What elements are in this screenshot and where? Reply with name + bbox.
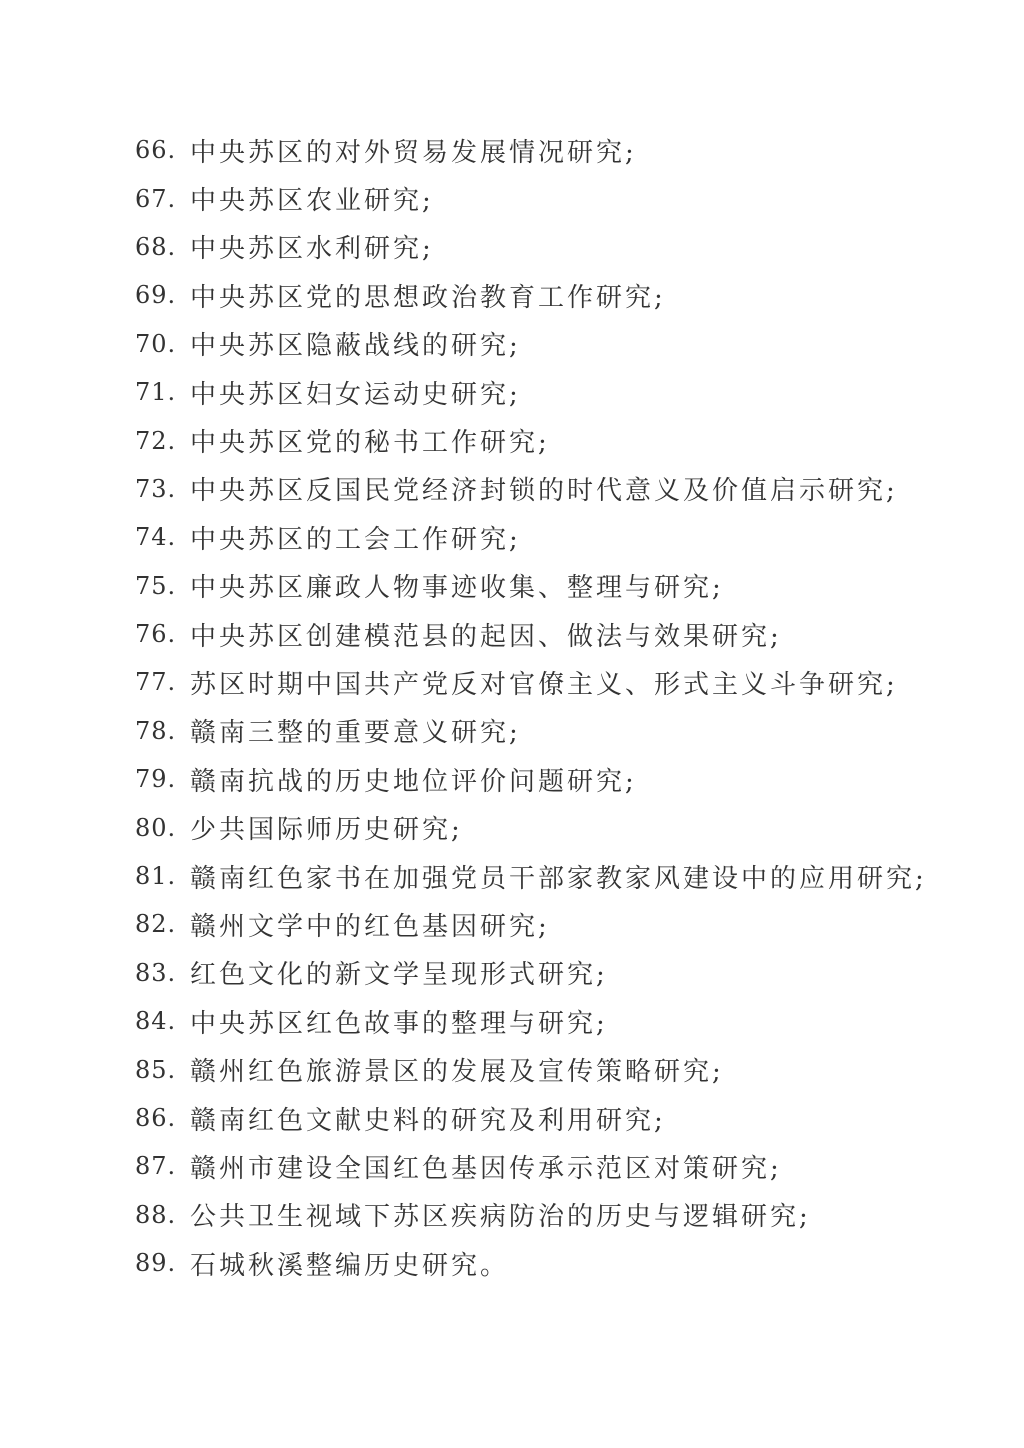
item-text: 中央苏区反国民党经济封锁的时代意义及价值启示研究;	[190, 470, 898, 507]
item-number: 75.	[135, 572, 190, 600]
list-item: 78. 赣南三整的重要意义研究;	[135, 707, 984, 755]
list-item: 68. 中央苏区水利研究;	[135, 223, 984, 271]
item-text: 赣南抗战的历史地位评价问题研究;	[190, 761, 637, 798]
item-text: 中央苏区水利研究;	[190, 228, 434, 265]
list-item: 88. 公共卫生视域下苏区疾病防治的历史与逻辑研究;	[135, 1191, 984, 1239]
list-item: 84. 中央苏区红色故事的整理与研究;	[135, 997, 984, 1045]
item-text: 中央苏区农业研究;	[190, 180, 434, 217]
item-number: 66.	[135, 136, 190, 164]
item-number: 87.	[135, 1152, 190, 1180]
item-number: 84.	[135, 1007, 190, 1035]
item-text: 中央苏区党的秘书工作研究;	[190, 422, 550, 459]
item-text: 赣南红色家书在加强党员干部家教家风建设中的应用研究;	[190, 858, 927, 895]
topic-list: 66. 中央苏区的对外贸易发展情况研究; 67. 中央苏区农业研究; 68. 中…	[0, 0, 1024, 1287]
item-number: 67.	[135, 185, 190, 213]
list-item: 67. 中央苏区农业研究;	[135, 174, 984, 222]
item-number: 82.	[135, 910, 190, 938]
item-number: 85.	[135, 1056, 190, 1084]
item-number: 71.	[135, 378, 190, 406]
item-text: 中央苏区党的思想政治教育工作研究;	[190, 277, 666, 314]
list-item: 82. 赣州文学中的红色基因研究;	[135, 900, 984, 948]
item-number: 81.	[135, 862, 190, 890]
item-text: 石城秋溪整编历史研究。	[190, 1245, 509, 1282]
list-item: 77. 苏区时期中国共产党反对官僚主义、形式主义斗争研究;	[135, 658, 984, 706]
list-item: 76. 中央苏区创建模范县的起因、做法与效果研究;	[135, 610, 984, 658]
item-number: 76.	[135, 620, 190, 648]
item-text: 中央苏区创建模范县的起因、做法与效果研究;	[190, 616, 782, 653]
list-item: 86. 赣南红色文献史料的研究及利用研究;	[135, 1094, 984, 1142]
item-number: 77.	[135, 668, 190, 696]
item-number: 68.	[135, 233, 190, 261]
item-number: 83.	[135, 959, 190, 987]
item-number: 79.	[135, 765, 190, 793]
item-text: 赣南三整的重要意义研究;	[190, 712, 521, 749]
item-number: 69.	[135, 281, 190, 309]
item-text: 赣州红色旅游景区的发展及宣传策略研究;	[190, 1051, 724, 1088]
item-number: 74.	[135, 523, 190, 551]
item-text: 赣南红色文献史料的研究及利用研究;	[190, 1100, 666, 1137]
item-text: 中央苏区红色故事的整理与研究;	[190, 1003, 608, 1040]
list-item: 85. 赣州红色旅游景区的发展及宣传策略研究;	[135, 1045, 984, 1093]
list-item: 72. 中央苏区党的秘书工作研究;	[135, 416, 984, 464]
item-number: 86.	[135, 1104, 190, 1132]
list-item: 73. 中央苏区反国民党经济封锁的时代意义及价值启示研究;	[135, 465, 984, 513]
item-text: 中央苏区的工会工作研究;	[190, 519, 521, 556]
item-text: 赣州文学中的红色基因研究;	[190, 906, 550, 943]
item-number: 89.	[135, 1249, 190, 1277]
list-item: 74. 中央苏区的工会工作研究;	[135, 513, 984, 561]
item-number: 70.	[135, 330, 190, 358]
list-item: 75. 中央苏区廉政人物事迹收集、整理与研究;	[135, 562, 984, 610]
list-item: 70. 中央苏区隐蔽战线的研究;	[135, 320, 984, 368]
item-number: 80.	[135, 814, 190, 842]
item-number: 73.	[135, 475, 190, 503]
document-page: 66. 中央苏区的对外贸易发展情况研究; 67. 中央苏区农业研究; 68. 中…	[0, 0, 1024, 1448]
item-text: 中央苏区隐蔽战线的研究;	[190, 325, 521, 362]
item-text: 中央苏区的对外贸易发展情况研究;	[190, 132, 637, 169]
item-number: 78.	[135, 717, 190, 745]
item-text: 红色文化的新文学呈现形式研究;	[190, 954, 608, 991]
item-text: 中央苏区廉政人物事迹收集、整理与研究;	[190, 567, 724, 604]
list-item: 71. 中央苏区妇女运动史研究;	[135, 368, 984, 416]
item-text: 中央苏区妇女运动史研究;	[190, 374, 521, 411]
item-number: 88.	[135, 1201, 190, 1229]
list-item: 66. 中央苏区的对外贸易发展情况研究;	[135, 126, 984, 174]
list-item: 83. 红色文化的新文学呈现形式研究;	[135, 949, 984, 997]
list-item: 89. 石城秋溪整编历史研究。	[135, 1239, 984, 1287]
item-text: 公共卫生视域下苏区疾病防治的历史与逻辑研究;	[190, 1196, 811, 1233]
list-item: 87. 赣州市建设全国红色基因传承示范区对策研究;	[135, 1142, 984, 1190]
list-item: 81. 赣南红色家书在加强党员干部家教家风建设中的应用研究;	[135, 852, 984, 900]
item-text: 苏区时期中国共产党反对官僚主义、形式主义斗争研究;	[190, 664, 898, 701]
list-item: 79. 赣南抗战的历史地位评价问题研究;	[135, 755, 984, 803]
item-text: 少共国际师历史研究;	[190, 809, 463, 846]
item-text: 赣州市建设全国红色基因传承示范区对策研究;	[190, 1148, 782, 1185]
list-item: 69. 中央苏区党的思想政治教育工作研究;	[135, 271, 984, 319]
list-item: 80. 少共国际师历史研究;	[135, 803, 984, 851]
item-number: 72.	[135, 427, 190, 455]
